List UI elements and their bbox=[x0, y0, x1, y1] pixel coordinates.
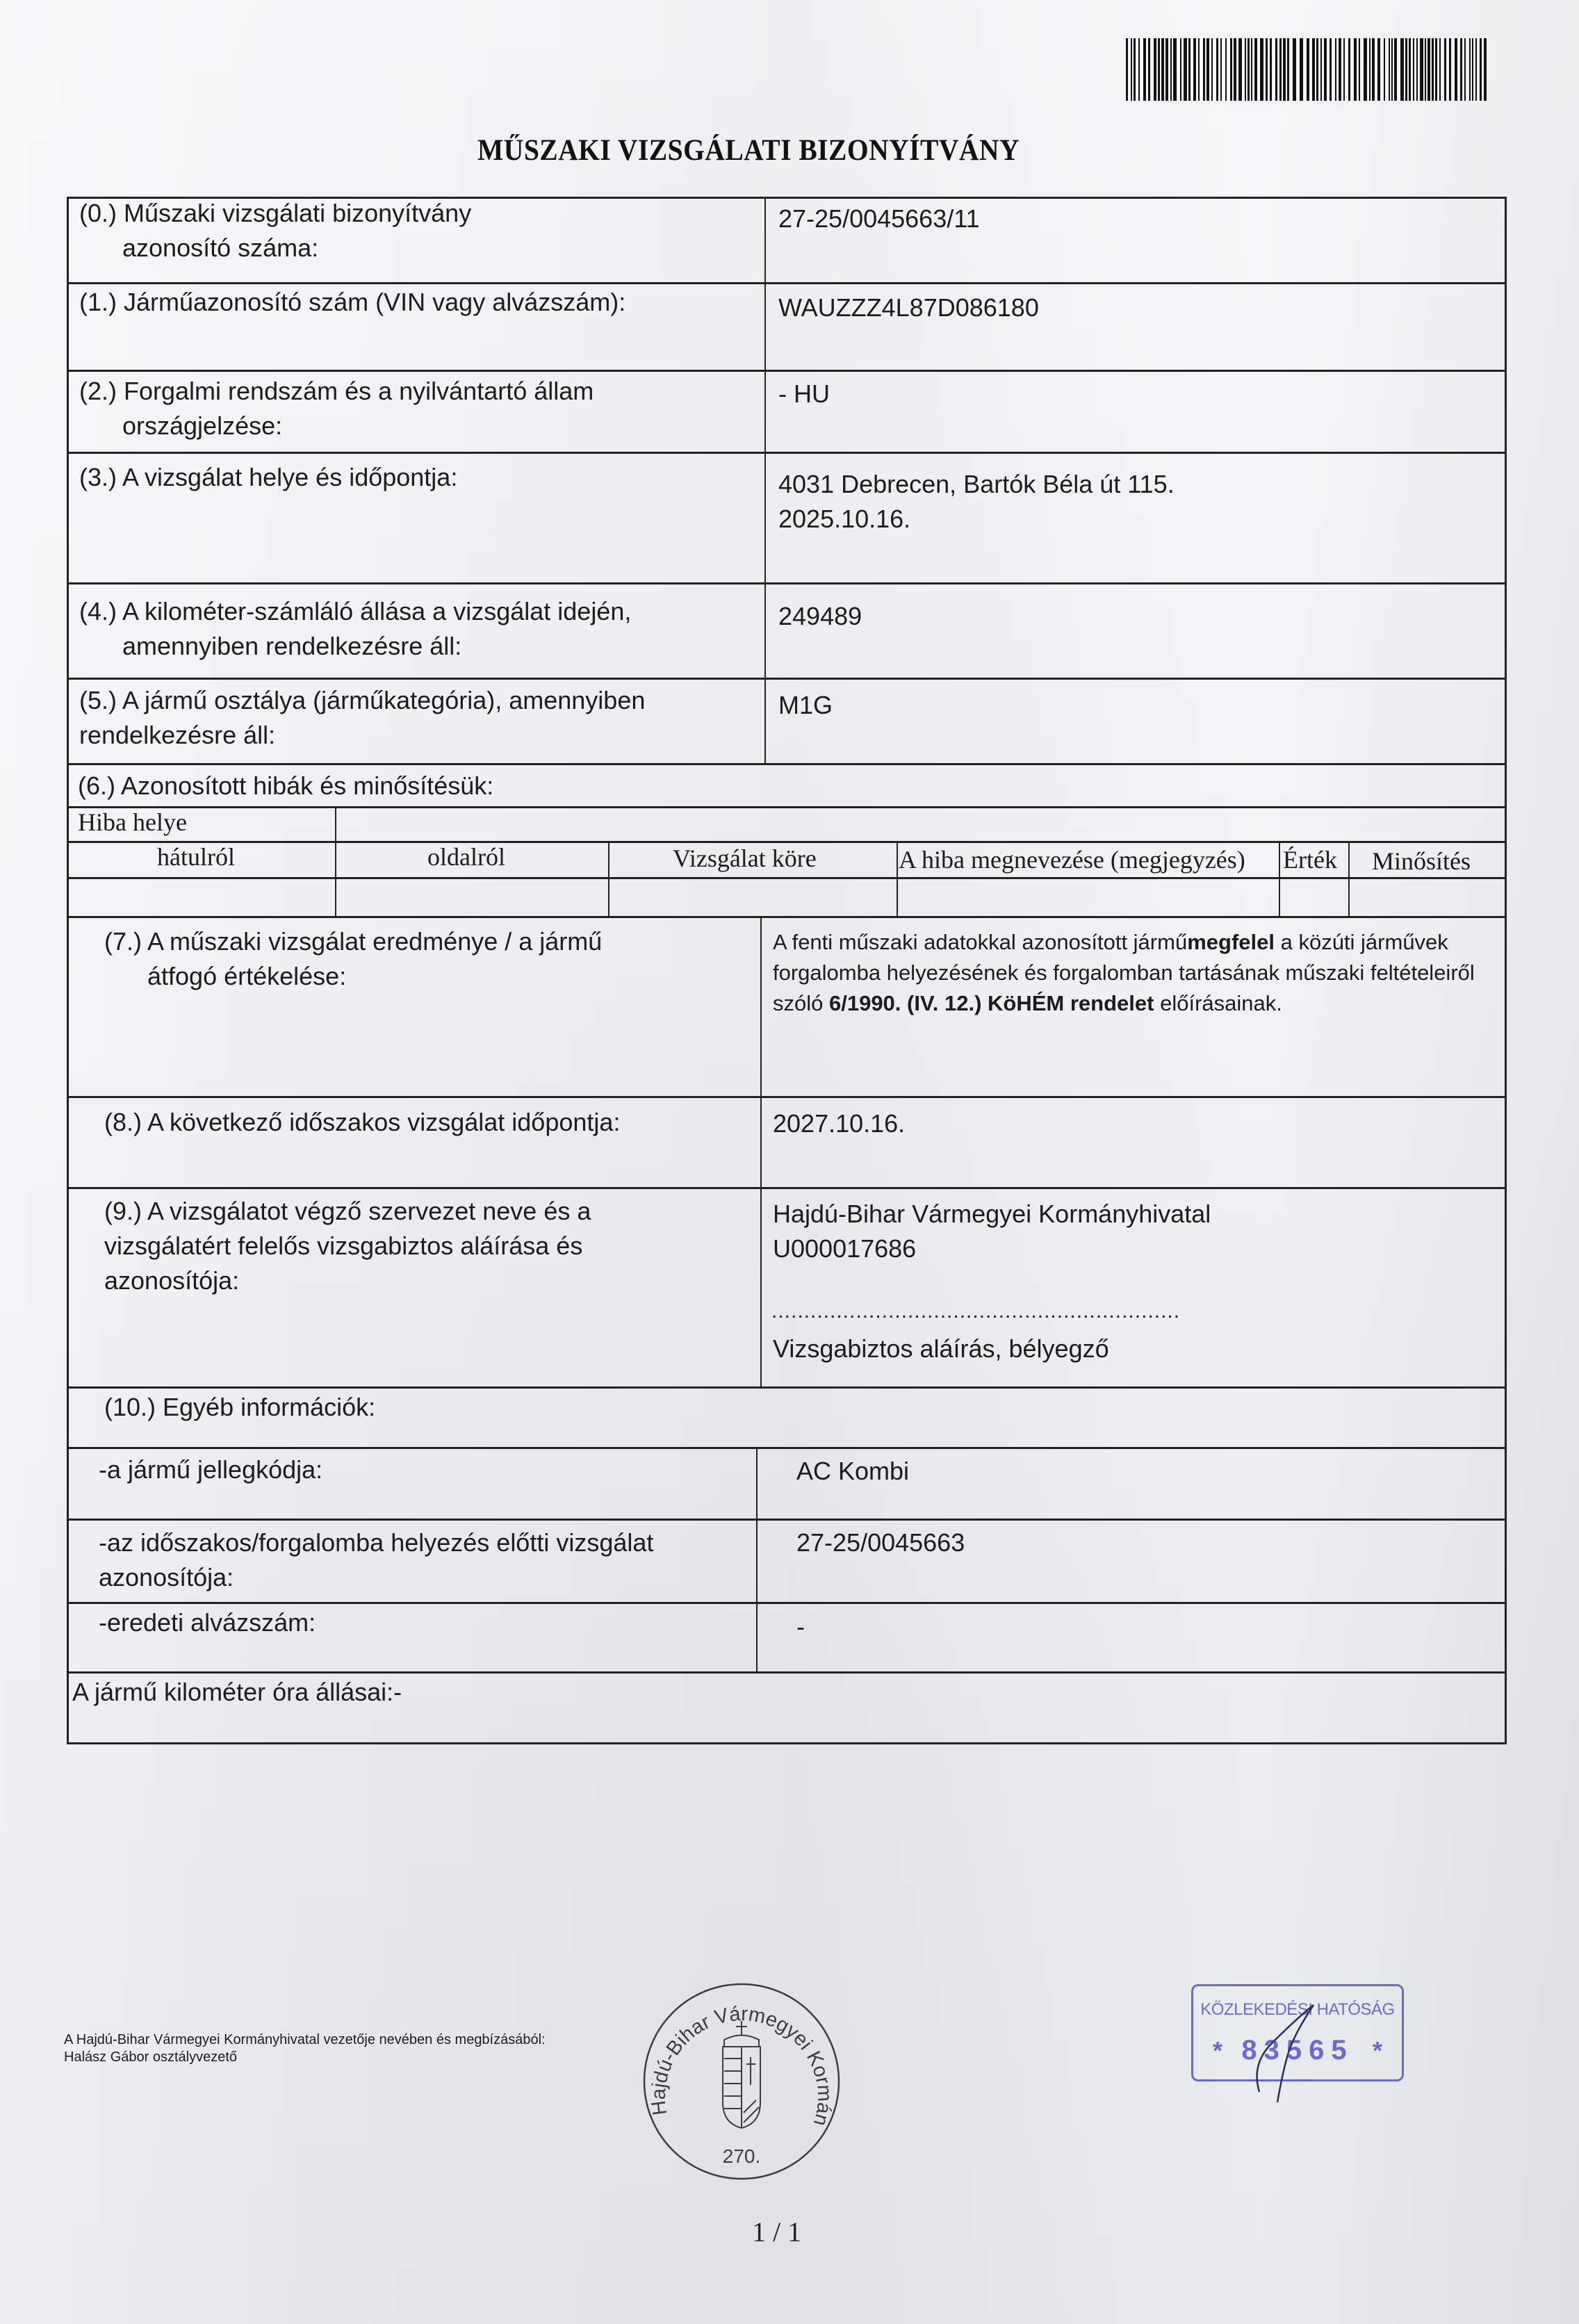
column-divider bbox=[897, 841, 898, 916]
label-line: (0.) Műszaki vizsgálati bizonyítvány bbox=[79, 196, 471, 231]
label-vehicle-type-code: -a jármű jellegkódja: bbox=[99, 1452, 322, 1487]
seal-number: 270. bbox=[723, 2145, 761, 2167]
label-next-inspection: (8.) A következő időszakos vizsgálat idő… bbox=[104, 1105, 620, 1140]
value-prior-inspection-id: 27-25/0045663 bbox=[796, 1525, 965, 1560]
row-divider bbox=[67, 452, 1507, 454]
stamp-star-right: * bbox=[1373, 2036, 1382, 2065]
defects-col-side: oldalról bbox=[427, 842, 505, 871]
column-divider bbox=[1348, 841, 1350, 916]
result-verdict: megfelel bbox=[1187, 930, 1275, 954]
row-divider bbox=[67, 678, 1507, 680]
label-line: (2.) Forgalmi rendszám és a nyilvántartó… bbox=[79, 374, 594, 409]
issuer-signatory: Halász Gábor osztályvezető bbox=[64, 2049, 546, 2066]
defects-col-rating: Minősítés bbox=[1372, 846, 1471, 876]
column-divider bbox=[760, 916, 762, 1386]
inspector-organization: Hajdú-Bihar Vármegyei Kormányhivatal bbox=[773, 1197, 1211, 1231]
value-certificate-id: 27-25/0045663/11 bbox=[778, 202, 980, 236]
row-divider bbox=[67, 806, 1507, 808]
label-defects: (6.) Azonosított hibák és minősítésük: bbox=[78, 769, 493, 803]
result-line: forgalomba helyezésének és forgalomban t… bbox=[773, 958, 1475, 988]
issuer-note: A Hajdú-Bihar Vármegyei Kormányhivatal v… bbox=[64, 2031, 546, 2066]
result-text: előírásainak. bbox=[1154, 991, 1282, 1015]
inspection-place: 4031 Debrecen, Bartók Béla út 115. bbox=[778, 467, 1175, 502]
row-divider bbox=[67, 1671, 1507, 1674]
seal-ring-text: Hajdú-Bihar Vármegyei Kormányhivatal bbox=[641, 1981, 835, 2129]
defects-col-scope: Vizsgálat köre bbox=[673, 844, 817, 873]
barcode-icon bbox=[1126, 38, 1494, 101]
column-divider bbox=[756, 1447, 758, 1671]
row-divider bbox=[67, 1096, 1507, 1098]
page-number: 1 / 1 bbox=[752, 2216, 801, 2248]
row-divider bbox=[67, 282, 1507, 284]
label-odometer: (4.) A kilométer-számláló állása a vizsg… bbox=[79, 594, 631, 664]
result-line: A fenti műszaki adatokkal azonosított já… bbox=[773, 927, 1475, 958]
label-line: (4.) A kilométer-számláló állása a vizsg… bbox=[79, 594, 631, 629]
result-line: szóló 6/1990. (IV. 12.) KöHÉM rendelet e… bbox=[773, 988, 1475, 1019]
label-inspection-place-date: (3.) A vizsgálat helye és időpontja: bbox=[79, 460, 457, 495]
signature-line: ........................................… bbox=[771, 1300, 1180, 1323]
defects-group-header: Hiba helye bbox=[78, 808, 187, 837]
defects-col-value: Érték bbox=[1283, 845, 1337, 874]
row-divider bbox=[67, 841, 1507, 843]
row-divider bbox=[67, 1447, 1507, 1449]
label-inspector: (9.) A vizsgálatot végző szervezet neve … bbox=[104, 1194, 591, 1298]
label-line: vizsgálatért felelős vizsgabiztos aláírá… bbox=[104, 1229, 591, 1263]
result-text: szóló bbox=[773, 991, 829, 1015]
row-divider bbox=[67, 1519, 1507, 1521]
label-result: (7.) A műszaki vizsgálat eredménye / a j… bbox=[104, 924, 602, 994]
value-next-inspection: 2027.10.16. bbox=[773, 1106, 905, 1141]
handwritten-signature bbox=[1244, 1988, 1341, 2106]
value-inspection-place-date: 4031 Debrecen, Bartók Béla út 115. 2025.… bbox=[778, 467, 1175, 537]
label-other-info: (10.) Egyéb információk: bbox=[104, 1390, 375, 1425]
value-registration: - HU bbox=[778, 377, 830, 411]
value-vehicle-type-code: AC Kombi bbox=[796, 1454, 909, 1489]
column-divider bbox=[608, 841, 609, 916]
label-odometer-history: A jármű kilométer óra állásai:- bbox=[72, 1675, 402, 1710]
official-seal: Hajdú-Bihar Vármegyei Kormányhivatal 270… bbox=[641, 1981, 842, 2182]
column-divider bbox=[335, 806, 336, 916]
regulation-reference: 6/1990. (IV. 12.) KöHÉM rendelet bbox=[829, 991, 1154, 1015]
label-line: rendelkezésre áll: bbox=[79, 718, 645, 753]
column-divider bbox=[764, 197, 766, 763]
label-vehicle-category: (5.) A jármű osztálya (járműkategória), … bbox=[79, 683, 645, 753]
row-divider bbox=[67, 1602, 1507, 1604]
label-line: országjelzése: bbox=[79, 409, 594, 443]
result-text: A fenti műszaki adatokkal azonosított já… bbox=[773, 930, 1187, 954]
inspection-date: 2025.10.16. bbox=[778, 502, 1175, 537]
label-line: -az időszakos/forgalomba helyezés előtti… bbox=[99, 1525, 653, 1560]
value-vehicle-category: M1G bbox=[778, 688, 833, 723]
document-title: MŰSZAKI VIZSGÁLATI BIZONYÍTVÁNY bbox=[477, 133, 1053, 167]
row-divider bbox=[67, 1386, 1507, 1389]
defects-col-rear: hátulról bbox=[157, 842, 235, 871]
value-original-chassis: - bbox=[796, 1610, 805, 1644]
label-line: átfogó értékelése: bbox=[104, 959, 602, 994]
label-line: azonosítója: bbox=[99, 1560, 653, 1595]
inspector-id: U000017686 bbox=[773, 1231, 1211, 1266]
row-divider bbox=[67, 877, 1507, 879]
value-result: A fenti műszaki adatokkal azonosított já… bbox=[773, 927, 1475, 1019]
column-divider bbox=[1279, 841, 1280, 916]
label-line: (9.) A vizsgálatot végző szervezet neve … bbox=[104, 1194, 591, 1229]
row-divider bbox=[67, 916, 1507, 918]
label-registration: (2.) Forgalmi rendszám és a nyilvántartó… bbox=[79, 374, 594, 443]
row-divider bbox=[67, 1187, 1507, 1189]
label-certificate-id: (0.) Műszaki vizsgálati bizonyítvány azo… bbox=[79, 196, 471, 265]
label-original-chassis: -eredeti alvázszám: bbox=[99, 1605, 316, 1640]
signature-caption: Vizsgabiztos aláírás, bélyegző bbox=[773, 1332, 1109, 1366]
label-line: amennyiben rendelkezésre áll: bbox=[79, 629, 631, 664]
row-divider bbox=[67, 582, 1507, 584]
label-vin: (1.) Járműazonosító szám (VIN vagy alváz… bbox=[79, 285, 625, 320]
label-line: (5.) A jármű osztálya (járműkategória), … bbox=[79, 683, 645, 718]
value-odometer: 249489 bbox=[778, 599, 862, 634]
defects-col-description: A hiba megnevezése (megjegyzés) bbox=[899, 845, 1245, 874]
issuer-line: A Hajdú-Bihar Vármegyei Kormányhivatal v… bbox=[64, 2031, 546, 2049]
row-divider bbox=[67, 763, 1507, 765]
coat-of-arms-icon bbox=[723, 2021, 760, 2128]
label-line: azonosítója: bbox=[104, 1263, 591, 1298]
label-line: (7.) A műszaki vizsgálat eredménye / a j… bbox=[104, 924, 602, 959]
result-text: a közúti járművek bbox=[1275, 930, 1448, 954]
value-inspector: Hajdú-Bihar Vármegyei Kormányhivatal U00… bbox=[773, 1197, 1211, 1266]
row-divider bbox=[67, 370, 1507, 372]
label-prior-inspection-id: -az időszakos/forgalomba helyezés előtti… bbox=[99, 1525, 653, 1595]
value-vin: WAUZZZ4L87D086180 bbox=[778, 290, 1039, 325]
label-line: azonosító száma: bbox=[79, 231, 471, 265]
